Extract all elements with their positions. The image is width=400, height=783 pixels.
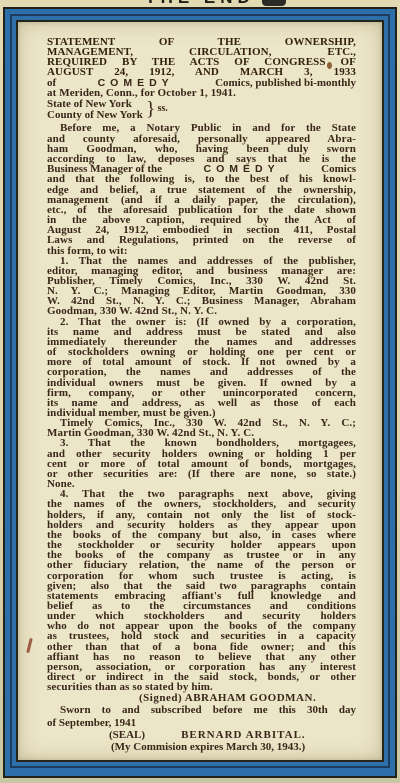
decorative-frame-outer: STATEMENT OF THE OWNERSHIP,MANAGEMENT, C… [3,7,397,778]
body-line: or other securities are: (If there are n… [47,469,356,479]
paragraph-1-names-addresses: 1. That the names and addresses of the p… [47,256,356,317]
venue-ss-abbrev: ss. [157,104,167,115]
notary-name: BERNARD ARBITAL. [181,729,306,741]
document-paper: STATEMENT OF THE OWNERSHIP,MANAGEMENT, C… [16,20,384,762]
venue-block: State of New York County of New York } s… [47,99,356,120]
affidavit-body: Before me, a Notary Public in and for th… [47,123,356,692]
paragraph-4-trustees: 4. That the two paragraphs next above, g… [47,489,356,692]
page: { "page": { "top_text": "THE END" }, "co… [0,0,400,783]
intro-paragraph-part1: Before me, a Notary Public in and for th… [47,123,356,164]
publication-line-suffix: Comics, published bi-monthly [215,78,356,88]
seal-notary-row: (SEAL) BERNARD ARBITAL. [47,729,356,741]
decorative-frame-inner-rule: STATEMENT OF THE OWNERSHIP,MANAGEMENT, C… [10,14,390,768]
venue-brace: } [146,104,156,115]
statement-heading: STATEMENT OF THE OWNERSHIP,MANAGEMENT, C… [47,37,356,78]
intro-paragraph-part2: and that the following is, to the best o… [47,174,356,255]
paper-stain [327,62,332,69]
paragraph-2-owner: 2. That the owner is: (If owned by a cor… [47,317,356,419]
publication-place-line: at Meriden, Conn., for October 1, 1941. [47,88,356,98]
ink-smudge [262,0,286,6]
the-end-text: THE END [0,0,400,7]
sworn-line-1: Sworn to and subscribed before me this 3… [47,704,356,716]
body-line: Before me, a Notary Public in and for th… [47,123,356,133]
body-line: other fiduciary relation, the name of th… [47,560,356,570]
body-line: securities than as so stated by him. [47,682,356,692]
body-line: corporation, the names and addresses of … [47,367,356,377]
signed-line: (Signed) ABRAHAM GOODMAN. [47,692,356,704]
venue-county: County of New York [47,110,143,121]
signature-block: (Signed) ABRAHAM GOODMAN. Sworn to and s… [47,692,356,752]
body-line: Laws and Regulations, printed on the rev… [47,235,356,245]
cropped-page-top: THE END [0,0,400,7]
paragraph-3-bondholders: 3. That the known bondholders, mortgagee… [47,438,356,489]
commission-expiry-line: (My Commision expires March 30, 1943.) [47,741,356,753]
sworn-line-2: of September, 1941 [47,717,356,729]
paragraph-2-owner-answer: Timely Comics, Inc., 330 W. 42nd St., N.… [47,418,356,438]
seal-label: (SEAL) [109,729,145,741]
